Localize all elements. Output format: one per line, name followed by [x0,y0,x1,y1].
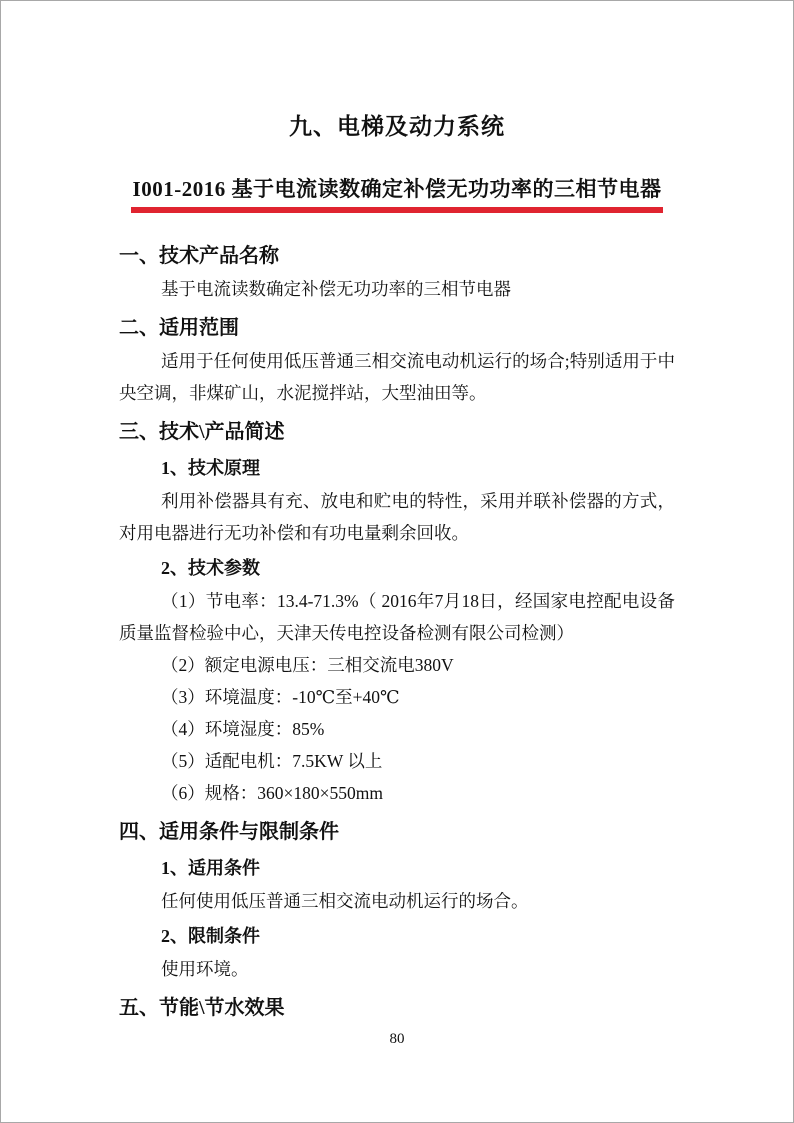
sub-heading-parameters: 2、技术参数 [161,552,675,585]
section-heading: 一、技术产品名称 [119,239,675,273]
sub-paragraph: 利用补偿器具有充、放电和贮电的特性，采用并联补偿器的方式，对用电器进行无功补偿和… [119,485,675,549]
sub-heading-restriction: 2、限制条件 [161,920,675,953]
section-tech-summary: 三、技术\产品简述 1、技术原理 利用补偿器具有充、放电和贮电的特性，采用并联补… [119,415,675,809]
section-scope: 二、适用范围 适用于任何使用低压普通三相交流电动机运行的场合;特别适用于中央空调… [119,311,675,409]
section-heading: 三、技术\产品简述 [119,415,675,449]
section-product-name: 一、技术产品名称 基于电流读数确定补偿无功功率的三相节电器 [119,239,675,305]
section-paragraph: 适用于任何使用低压普通三相交流电动机运行的场合;特别适用于中央空调，非煤矿山，水… [119,345,675,409]
document-content: 九、电梯及动力系统 I001-2016 基于电流读数确定补偿无功功率的三相节电器… [1,1,793,1025]
section-heading: 二、适用范围 [119,311,675,345]
sub-paragraph: 任何使用低压普通三相交流电动机运行的场合。 [119,885,675,917]
sub-heading-applicable: 1、适用条件 [161,852,675,885]
section-heading: 五、节能\节水效果 [119,991,675,1025]
chapter-title: 九、电梯及动力系统 [119,111,675,143]
parameter-item: （2）额定电源电压：三相交流电380V [119,649,675,681]
sub-heading-principle: 1、技术原理 [161,452,675,485]
page-number: 80 [1,1031,793,1048]
section-saving-effect: 五、节能\节水效果 [119,991,675,1025]
section-heading: 四、适用条件与限制条件 [119,815,675,849]
section-conditions: 四、适用条件与限制条件 1、适用条件 任何使用低压普通三相交流电动机运行的场合。… [119,815,675,985]
parameter-item: （6）规格：360×180×550mm [119,777,675,809]
doc-title-block: I001-2016 基于电流读数确定补偿无功功率的三相节电器 [119,175,675,213]
sub-paragraph: 使用环境。 [119,953,675,985]
parameter-item: （4）环境湿度：85% [119,713,675,745]
doc-title-text: I001-2016 基于电流读数确定补偿无功功率的三相节电器 [131,175,664,213]
parameter-item: （1）节电率：13.4-71.3%（ 2016年7月18日，经国家电控配电设备质… [119,585,675,649]
section-paragraph: 基于电流读数确定补偿无功功率的三相节电器 [119,273,675,305]
document-page: 九、电梯及动力系统 I001-2016 基于电流读数确定补偿无功功率的三相节电器… [0,0,794,1123]
parameter-item: （3）环境温度：-10℃至+40℃ [119,681,675,713]
parameter-item: （5）适配电机：7.5KW 以上 [119,745,675,777]
